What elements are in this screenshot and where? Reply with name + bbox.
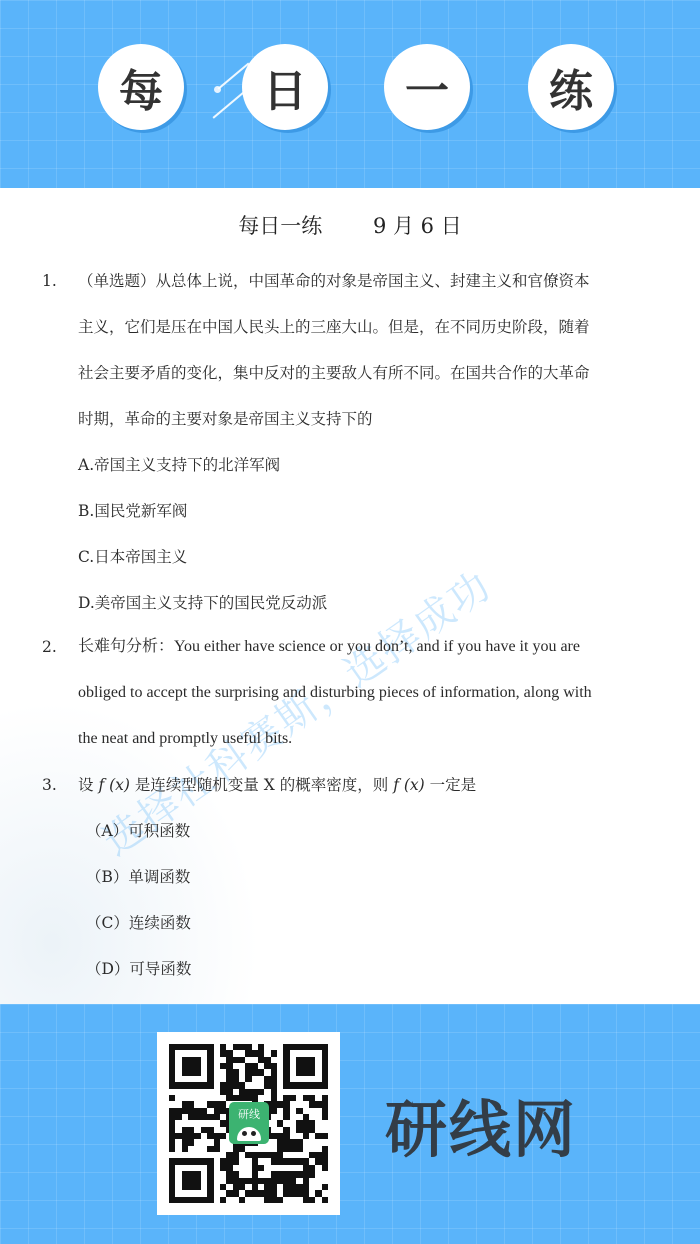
option-b: （B）单调函数 <box>86 854 662 900</box>
qr-logo-text: 研线 <box>238 1108 260 1121</box>
option-c: C.日本帝国主义 <box>78 534 662 580</box>
question-1: 1. （单选题）从总体上说，中国革命的对象是帝国主义、封建主义和官僚资本 主义，… <box>42 258 662 626</box>
question-text-line: 主义，它们是压在中国人民头上的三座大山。但是，在不同历史阶段，随着 <box>78 304 662 350</box>
math-fx: f (x) <box>98 776 130 794</box>
header-bubble-lian: 练 <box>528 44 614 130</box>
header-bubble-ri: 日 <box>242 44 328 130</box>
header-bubble-mei: 每 <box>98 44 184 130</box>
option-c: （C）连续函数 <box>86 900 662 946</box>
question-text-line: 时期，革命的主要对象是帝国主义支持下的 <box>78 396 662 442</box>
option-d: D.美帝国主义支持下的国民党反动派 <box>78 580 662 626</box>
stem-mid: 是连续型随机变量 X 的概率密度，则 <box>130 776 393 794</box>
option-a: （A）可积函数 <box>86 808 662 854</box>
header-banner: 每 日 一 练 <box>0 0 700 188</box>
math-fx: f (x) <box>393 776 425 794</box>
qr-code[interactable]: 研线 <box>157 1032 340 1215</box>
question-2: 2. 长难句分析：You either have science or you … <box>42 624 662 762</box>
option-a: A.帝国主义支持下的北洋军阀 <box>78 442 662 488</box>
title-text: 每日一练 <box>238 214 322 238</box>
question-3: 3. 设 f (x) 是连续型随机变量 X 的概率密度，则 f (x) 一定是 … <box>42 762 662 992</box>
question-text-line: the neat and promptly useful bits. <box>78 716 662 762</box>
question-text-line: obliged to accept the surprising and dis… <box>78 670 662 716</box>
header-bubble-yi: 一 <box>384 44 470 130</box>
brand-name: 研线网 <box>385 1080 577 1169</box>
question-number: 2. <box>42 624 57 670</box>
title-date: 9 月 6 日 <box>373 214 462 238</box>
question-number: 1. <box>42 258 57 304</box>
qr-logo-icon: 研线 <box>229 1102 269 1144</box>
panda-icon <box>237 1127 261 1141</box>
stem-pre: 设 <box>78 776 98 794</box>
question-text-line: 社会主要矛盾的变化，集中反对的主要敌人有所不同。在国共合作的大革命 <box>78 350 662 396</box>
question-text-line: （单选题）从总体上说，中国革命的对象是帝国主义、封建主义和官僚资本 <box>78 258 662 304</box>
footer-banner <box>0 1004 700 1244</box>
option-b: B.国民党新军阀 <box>78 488 662 534</box>
page-title: 每日一练 9 月 6 日 <box>0 210 700 240</box>
question-number: 3. <box>42 762 57 808</box>
option-d: （D）可导函数 <box>86 946 662 992</box>
stem-post: 一定是 <box>425 776 476 794</box>
question-stem: 设 f (x) 是连续型随机变量 X 的概率密度，则 f (x) 一定是 <box>78 762 662 808</box>
question-text-line: 长难句分析：You either have science or you don… <box>78 624 662 670</box>
